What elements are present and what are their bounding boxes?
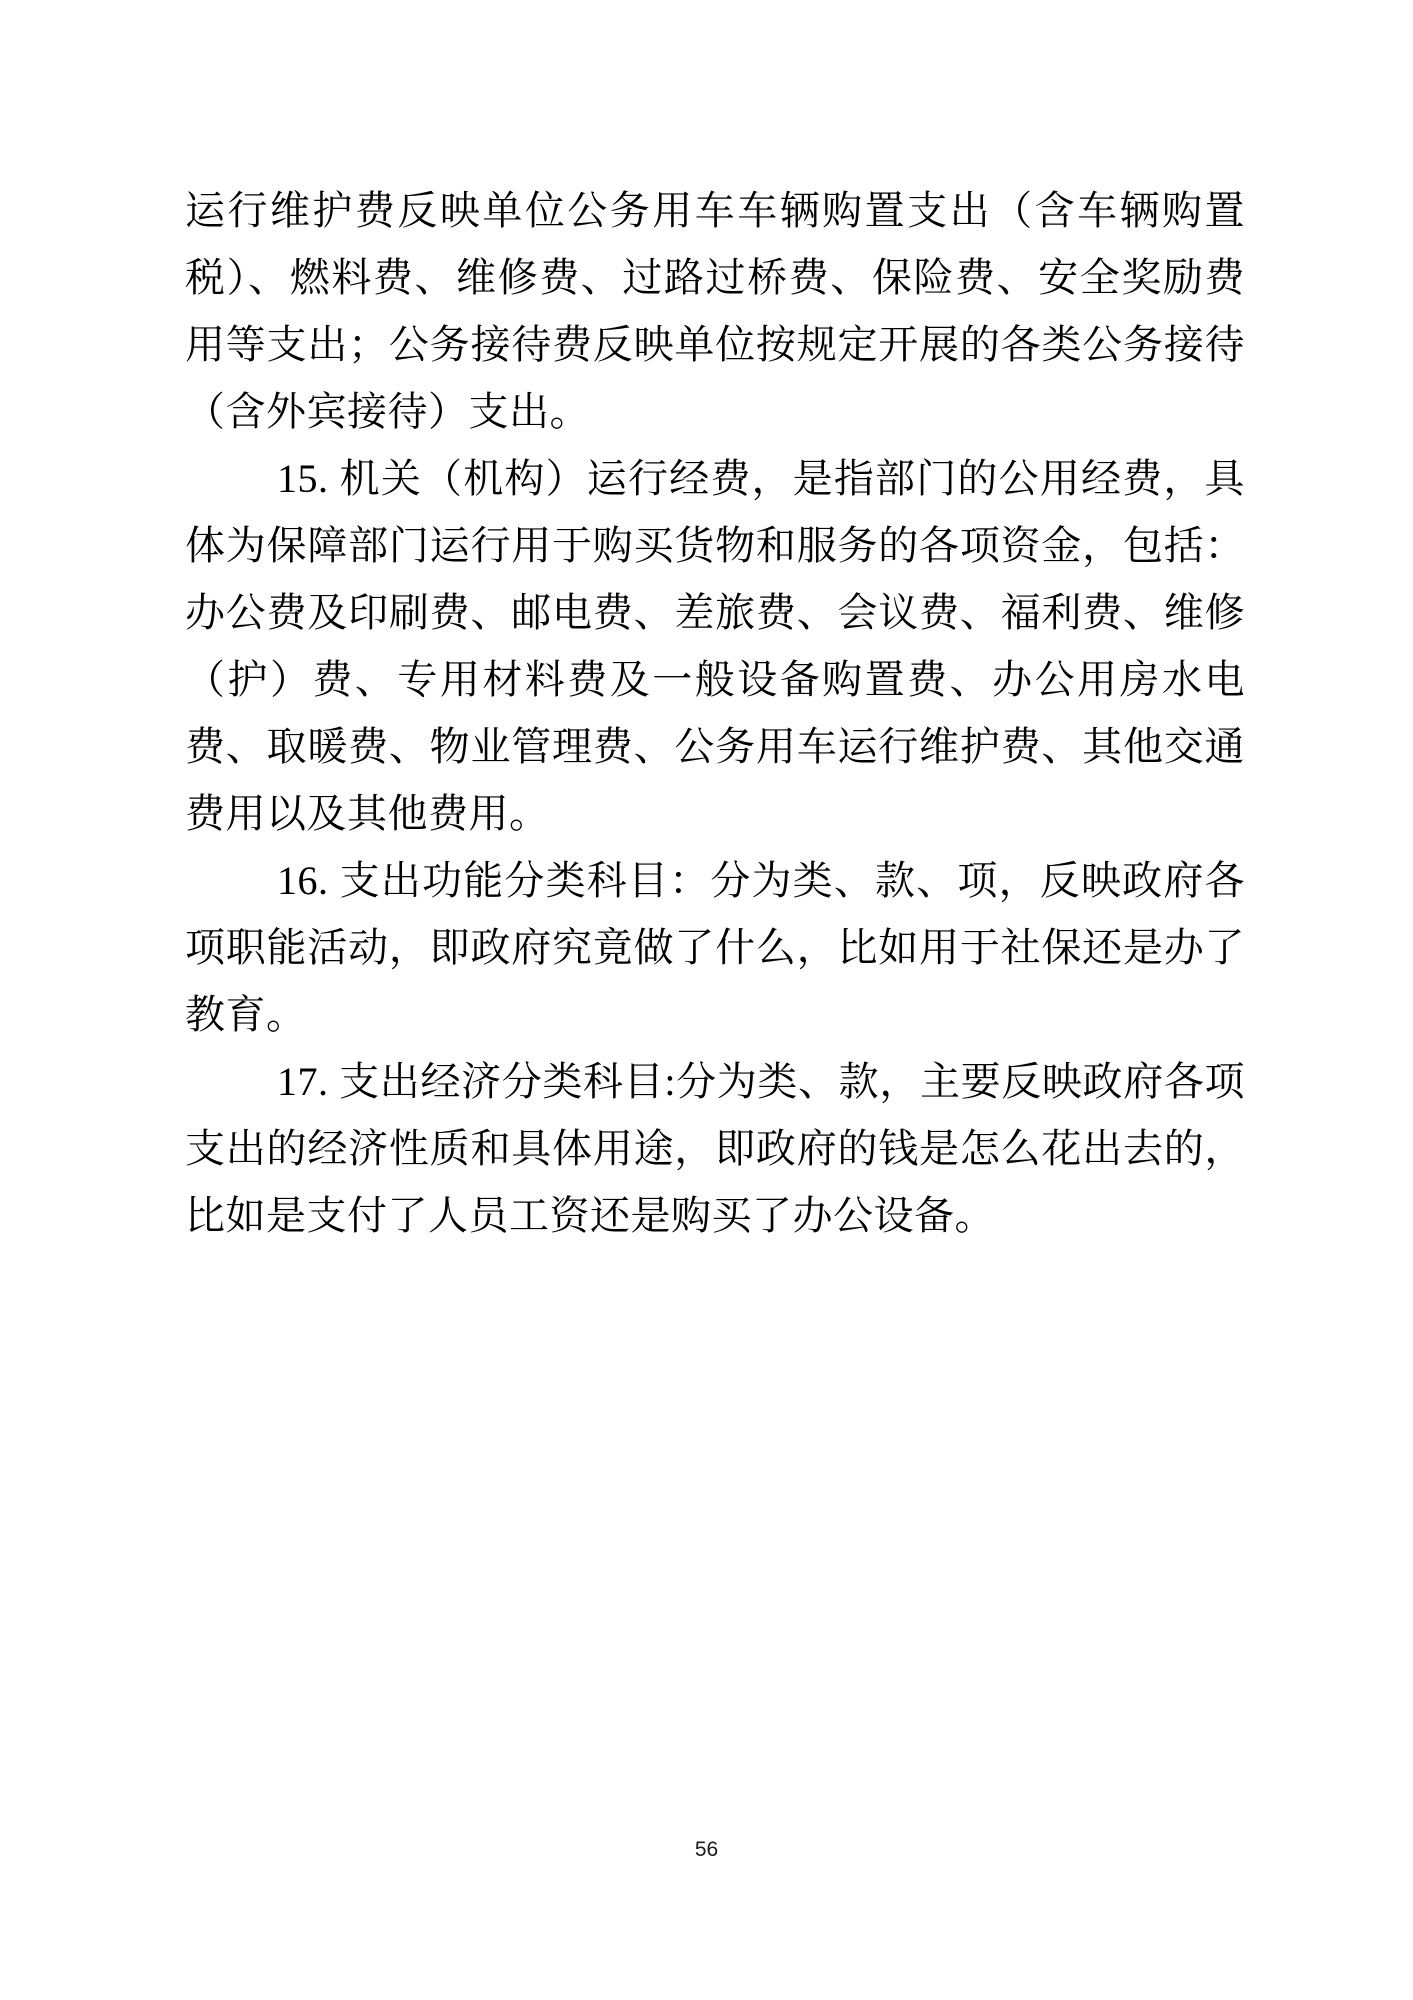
paragraph-17-expenditure-economic-classification: 17. 支出经济分类科目:分为类、款，主要反映政府各项支出的经济性质和具体用途，… <box>185 1048 1245 1249</box>
page-footer: 56 <box>0 1838 1413 1862</box>
document-body: 运行维护费反映单位公务用车车辆购置支出（含车辆购置税）、燃料费、维修费、过路过桥… <box>185 177 1245 1249</box>
paragraph-continuation-vehicle-operating-costs: 运行维护费反映单位公务用车车辆购置支出（含车辆购置税）、燃料费、维修费、过路过桥… <box>185 177 1245 445</box>
page-number: 56 <box>695 1838 718 1861</box>
document-page: 运行维护费反映单位公务用车车辆购置支出（含车辆购置税）、燃料费、维修费、过路过桥… <box>0 0 1413 2000</box>
paragraph-15-agency-operating-funds: 15. 机关（机构）运行经费，是指部门的公用经费，具体为保障部门运行用于购买货物… <box>185 445 1245 847</box>
paragraph-16-expenditure-functional-classification: 16. 支出功能分类科目：分为类、款、项，反映政府各项职能活动，即政府究竟做了什… <box>185 847 1245 1048</box>
